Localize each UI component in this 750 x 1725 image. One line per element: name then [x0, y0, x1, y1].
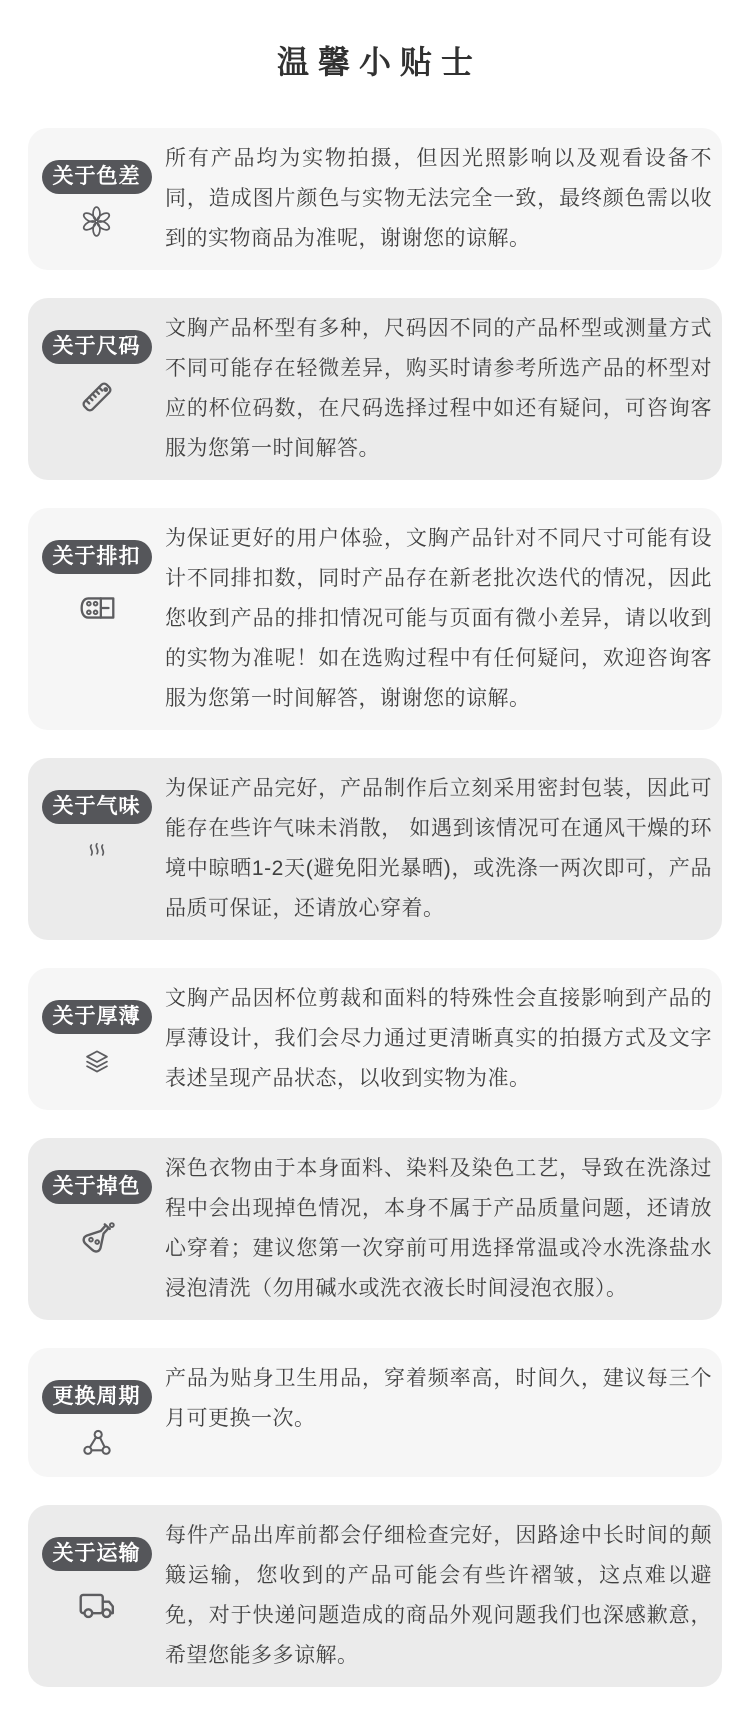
tip-label-badge: 关于气味 — [42, 790, 152, 824]
tip-label-badge: 关于运输 — [42, 1537, 152, 1571]
tip-text: 文胸产品因杯位剪裁和面料的特殊性会直接影响到产品的厚薄设计，我们会尽力通过更清晰… — [165, 968, 722, 1110]
tip-text: 为保证产品完好，产品制作后立刻采用密封包装，因此可能存在些许气味未消散， 如遇到… — [165, 758, 722, 940]
tip-label-badge: 关于尺码 — [42, 330, 152, 364]
tip-card-thickness: 关于厚薄 文胸产品因杯位剪裁和面料的特殊性会直接影响到产品的厚薄设计，我们会尽力… — [28, 968, 722, 1110]
tip-text: 为保证更好的用户体验，文胸产品针对不同尺寸可能有设计不同排扣数，同时产品存在新老… — [165, 508, 722, 730]
tip-card-left-column: 更换周期 — [28, 1348, 165, 1477]
tip-label-badge: 关于排扣 — [42, 540, 152, 574]
tip-card-left-column: 关于厚薄 — [28, 968, 165, 1110]
tip-card-left-column: 关于排扣 — [28, 508, 165, 730]
tip-card-smell: 关于气味 为保证产品完好，产品制作后立刻采用密封包装，因此可能存在些许气味未消散… — [28, 758, 722, 940]
tip-label-badge: 关于掉色 — [42, 1170, 152, 1204]
tip-card-left-column: 关于掉色 — [28, 1138, 165, 1320]
tip-text: 产品为贴身卫生用品，穿着频率高，时间久，建议每三个月可更换一次。 — [165, 1348, 722, 1477]
tip-text: 所有产品均为实物拍摄，但因光照影响以及观看设备不同，造成图片颜色与实物无法完全一… — [165, 128, 722, 270]
tip-label-badge: 关于厚薄 — [42, 1000, 152, 1034]
tip-card-shipping: 关于运输 每件产品出库前都会仔细检查完好，因路途中长时间的颠簸运输，您收到的产品… — [28, 1505, 722, 1687]
hook-strip-icon — [74, 585, 120, 631]
tip-text: 文胸产品杯型有多种，尺码因不同的产品杯型或测量方式不同可能存在轻微差异，购买时请… — [165, 298, 722, 480]
tip-label-badge: 关于色差 — [42, 160, 152, 194]
truck-icon — [74, 1582, 120, 1628]
tip-label-badge: 更换周期 — [42, 1380, 152, 1414]
ruler-icon — [75, 375, 119, 419]
cycle-icon — [78, 1425, 116, 1463]
tip-card-left-column: 关于运输 — [28, 1505, 165, 1687]
flower-icon — [80, 205, 113, 238]
tip-card-replacement-cycle: 更换周期 产品为贴身卫生用品，穿着频率高，时间久，建议每三个月可更换一次。 — [28, 1348, 722, 1477]
steam-icon — [82, 835, 112, 865]
tip-card-hooks: 关于排扣 为保证更好的用户体验，文胸产品针对不同尺寸可能有设计不同排扣数，同时产… — [28, 508, 722, 730]
page-title: 温馨小贴士 — [0, 0, 750, 128]
tip-text: 每件产品出库前都会仔细检查完好，因路途中长时间的颠簸运输，您收到的产品可能会有些… — [165, 1505, 722, 1687]
tip-card-fading: 关于掉色 深色衣物由于本身面料、染料及染色工艺，导致在洗涤过程中会出现掉色情况，… — [28, 1138, 722, 1320]
tip-text: 深色衣物由于本身面料、染料及染色工艺，导致在洗涤过程中会出现掉色情况，本身不属于… — [165, 1138, 722, 1320]
tip-card-left-column: 关于色差 — [28, 128, 165, 270]
tip-card-size: 关于尺码 文胸产品杯型有多种，尺码因不同的产品杯型或测量方式不同可能存在轻微差异… — [28, 298, 722, 480]
layers-icon — [80, 1045, 114, 1079]
tips-page: 温馨小贴士 关于色差 所有产品均为实物拍摄，但因光照影响以及观看设备不同，造成图… — [0, 0, 750, 1725]
flask-icon — [74, 1215, 120, 1261]
tip-card-left-column: 关于气味 — [28, 758, 165, 940]
tip-card-left-column: 关于尺码 — [28, 298, 165, 480]
tip-card-color-difference: 关于色差 所有产品均为实物拍摄，但因光照影响以及观看设备不同，造成图片颜色与实物… — [28, 128, 722, 270]
